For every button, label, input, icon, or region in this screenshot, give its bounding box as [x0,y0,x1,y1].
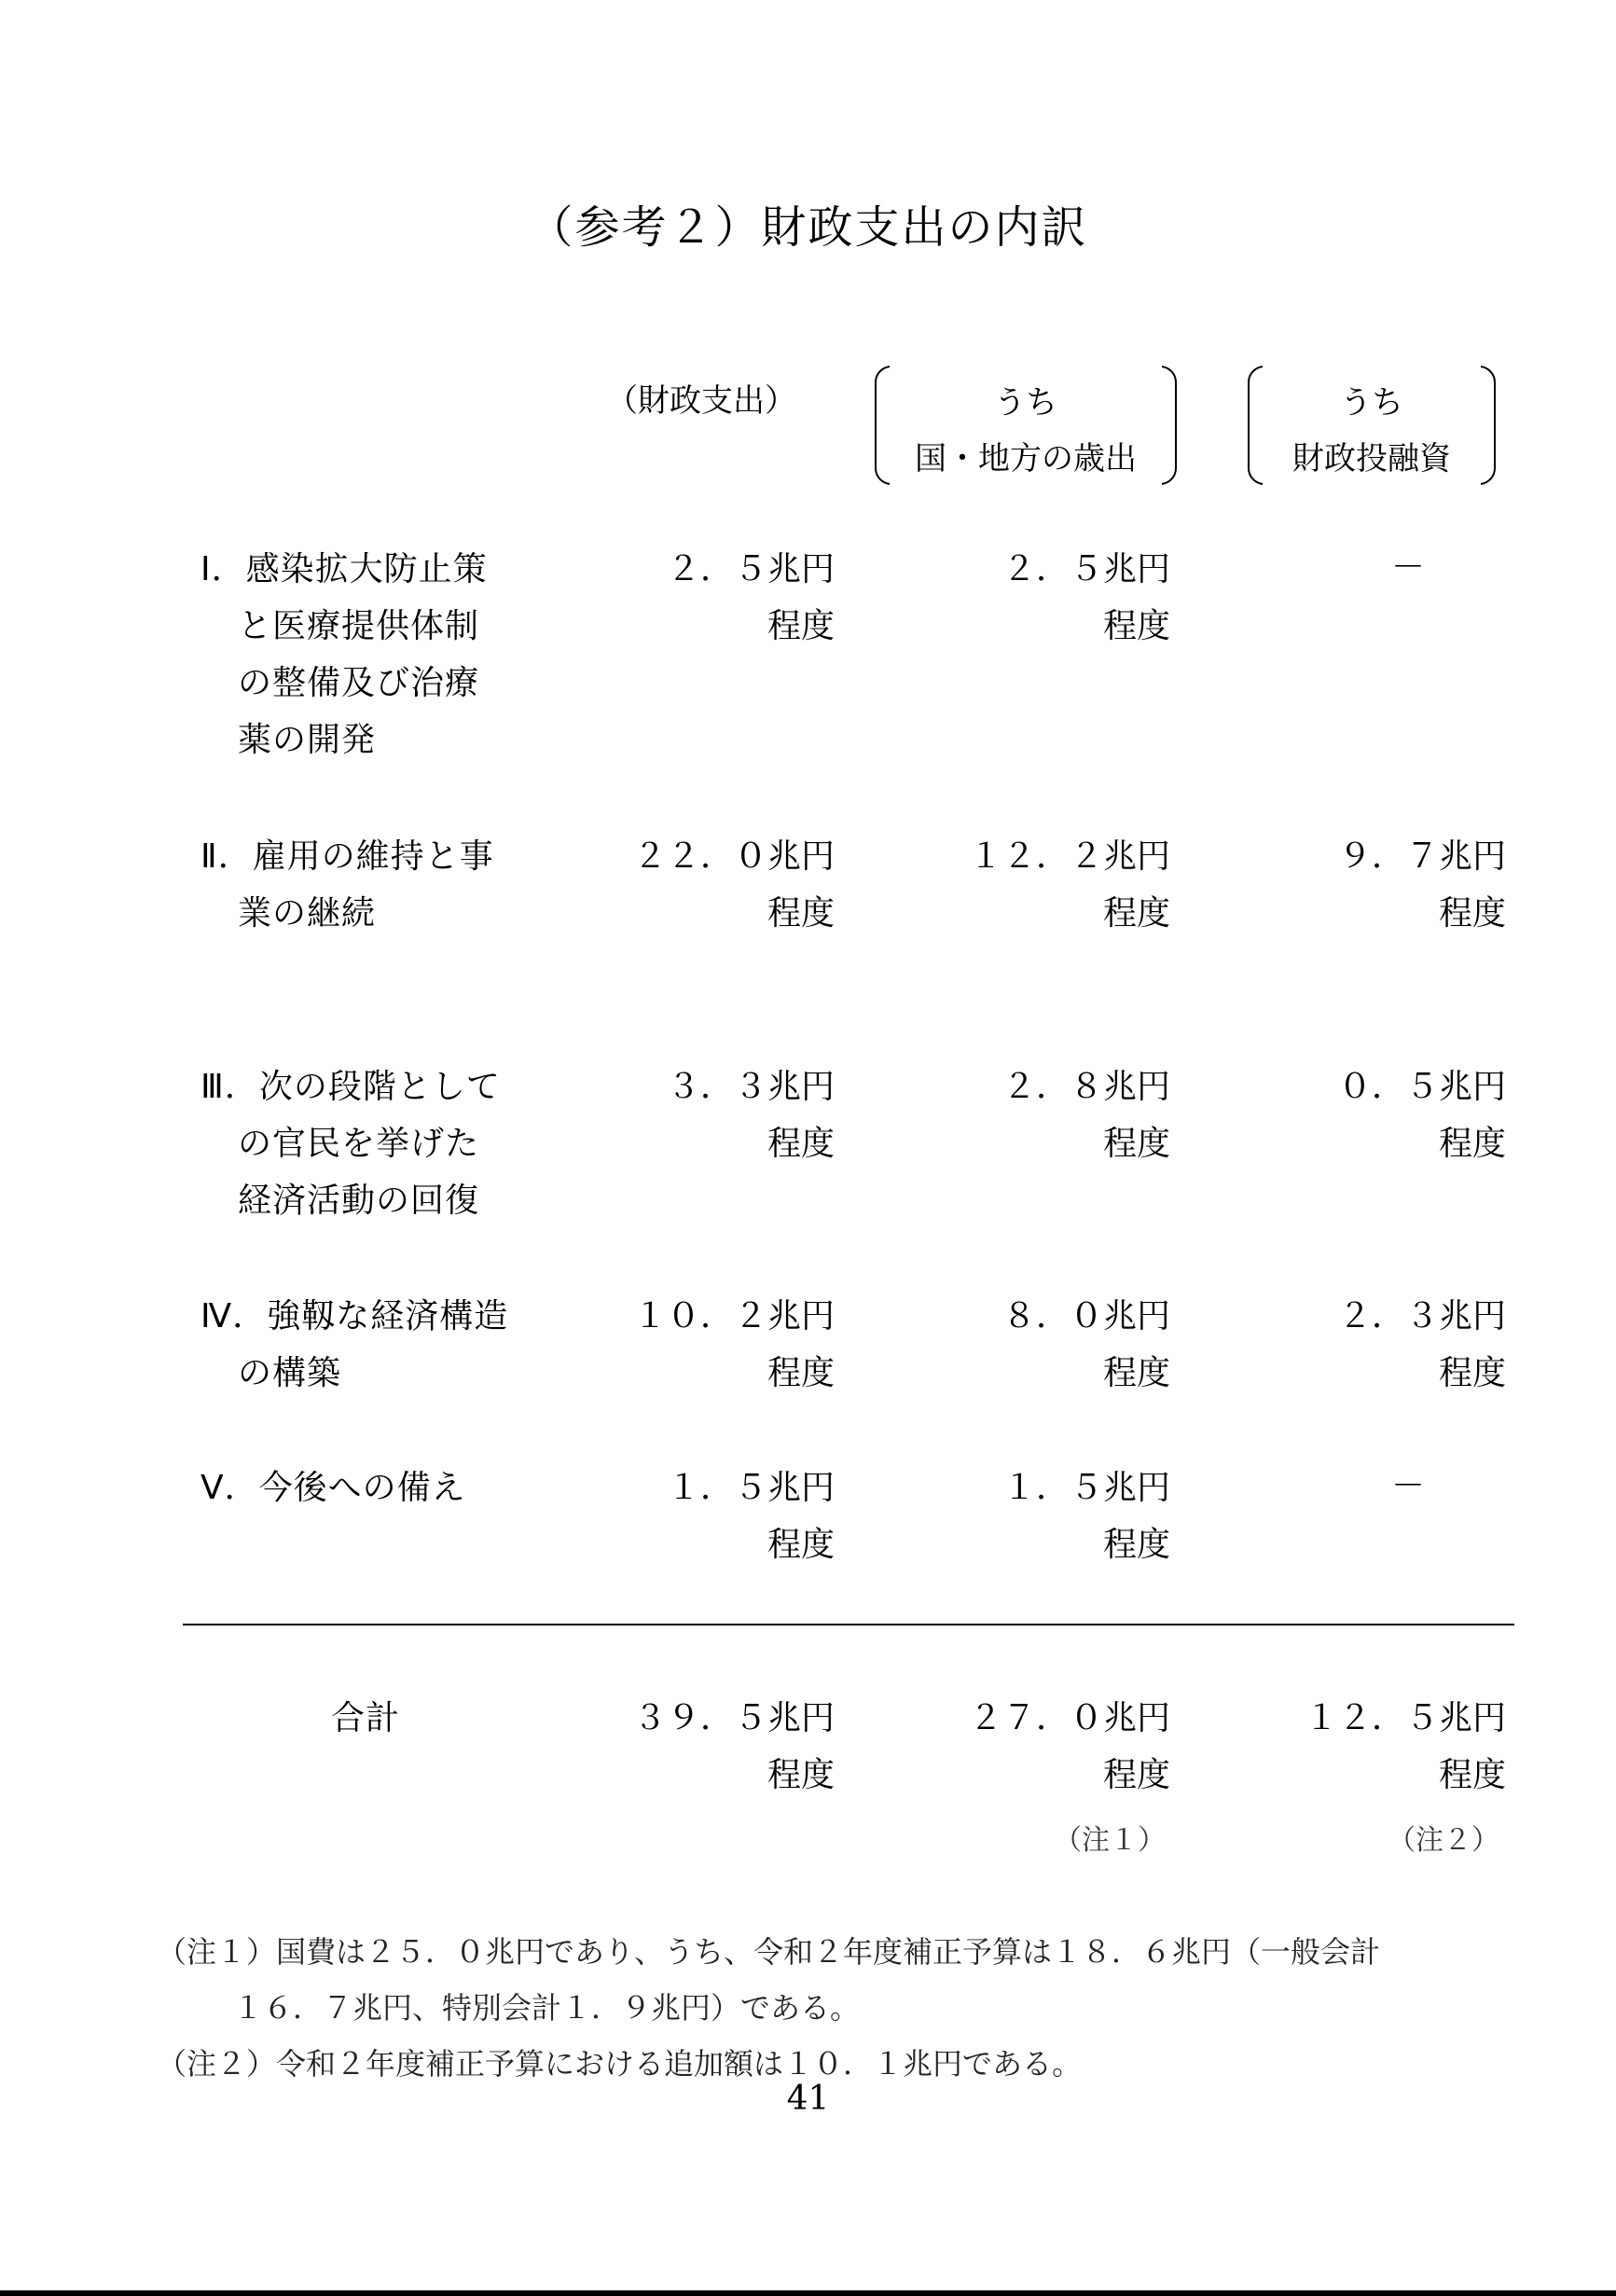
page-bottom-edge [0,2290,1616,2296]
value-fiscal-2: ２２．０兆円程度 [559,828,835,942]
value-fiscal-loan-2: ９．７兆円程度 [1231,828,1506,942]
footnote-1-line1: （注１）国費は２５．０兆円であり、うち、令和２年度補正予算は１８．６兆円（一般会… [157,1929,1380,1971]
total-divider [183,1624,1514,1625]
value-national-local-2: １２．２兆円程度 [895,828,1170,942]
footnote-1-line2: １６．７兆円、特別会計１．９兆円）である。 [233,1985,860,2027]
value-fiscal-loan-4: ２．３兆円程度 [1231,1288,1506,1402]
column-header-fiscal-spending: （財政支出） [606,375,796,421]
column-header-national-local-bracket: うち 国・地方の歳出 [875,366,1177,485]
value-fiscal-loan-1: － [1361,541,1455,588]
total-fiscal-loan: １２．５兆円程度 [1231,1690,1506,1804]
column-header-national-local-line1: うち [877,377,1175,422]
page-title: （参考２）財政支出の内訳 [0,191,1616,256]
footnote-2: （注２）令和２年度補正予算における追加額は１０．１兆円である。 [157,2040,1082,2083]
total-label: 合計 [331,1690,400,1747]
value-fiscal-3: ３．３兆円程度 [559,1058,835,1172]
value-fiscal-1: ２．５兆円程度 [559,541,835,655]
value-fiscal-5: １．５兆円程度 [559,1459,835,1573]
total-fiscal: ３９．５兆円程度 [559,1690,835,1804]
category-label-2: Ⅱ．雇用の維持と事 業の継続 [200,828,494,942]
page-number: 41 [0,2080,1616,2118]
column-header-national-local-line2: 国・地方の歳出 [877,433,1175,478]
value-national-local-3: ２．８兆円程度 [895,1058,1170,1172]
value-national-local-4: ８．０兆円程度 [895,1288,1170,1402]
column-header-fiscal-loan-line2: 財政投融資 [1250,433,1494,478]
value-national-local-1: ２．５兆円程度 [895,541,1170,655]
column-header-fiscal-loan-bracket: うち 財政投融資 [1248,366,1496,485]
value-fiscal-loan-5: － [1361,1459,1455,1507]
value-fiscal-4: １０．２兆円程度 [559,1288,835,1402]
column-header-fiscal-loan-line1: うち [1250,377,1494,422]
category-label-3: Ⅲ．次の段階として の官民を挙げた 経済活動の回復 [200,1058,501,1229]
category-label-1: Ⅰ．感染拡大防止策 と医療提供体制 の整備及び治療 薬の開発 [200,541,488,768]
note-ref-2: （注２） [1388,1817,1499,1858]
note-ref-1: （注１） [1054,1817,1166,1858]
category-label-5: Ⅴ．今後への備え [200,1459,466,1516]
category-label-4: Ⅳ．強靱な経済構造 の構築 [200,1288,508,1402]
total-national-local: ２７．０兆円程度 [895,1690,1170,1804]
value-fiscal-loan-3: ０．５兆円程度 [1231,1058,1506,1172]
value-national-local-5: １．５兆円程度 [895,1459,1170,1573]
